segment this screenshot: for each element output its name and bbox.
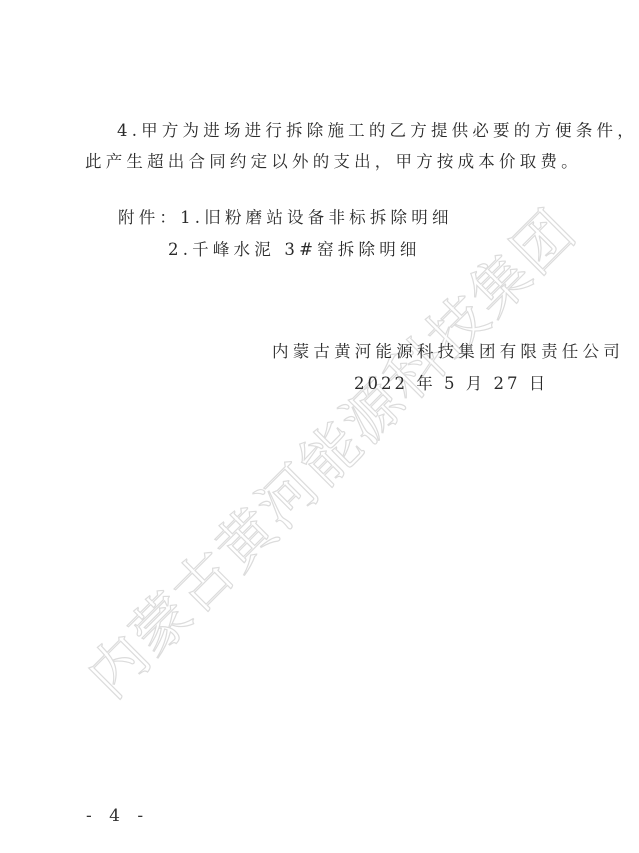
- page-number: - 4 -: [86, 806, 149, 826]
- attachment-item: 1.旧粉磨站设备非标拆除明细: [180, 208, 453, 227]
- signature-company: 内蒙古黄河能源科技集团有限责任公司: [272, 342, 624, 362]
- attachments-label: 附件：: [118, 208, 180, 227]
- attachment-item: 2.千峰水泥 3#窑拆除明细: [168, 240, 421, 260]
- watermark: 内蒙古黄河能源科技集团: [65, 187, 591, 713]
- clause-line-2: 此产生超出合同约定以外的支出，甲方按成本价取费。: [85, 152, 582, 172]
- attachments-row-1: 附件：1.旧粉磨站设备非标拆除明细: [118, 208, 453, 228]
- document-page: 内蒙古黄河能源科技集团 4.甲方为进场进行拆除施工的乙方提供必要的方便条件，由 …: [0, 0, 639, 853]
- signature-date: 2022 年 5 月 27 日: [354, 374, 548, 394]
- clause-line-1: 4.甲方为进场进行拆除施工的乙方提供必要的方便条件，由: [117, 121, 639, 141]
